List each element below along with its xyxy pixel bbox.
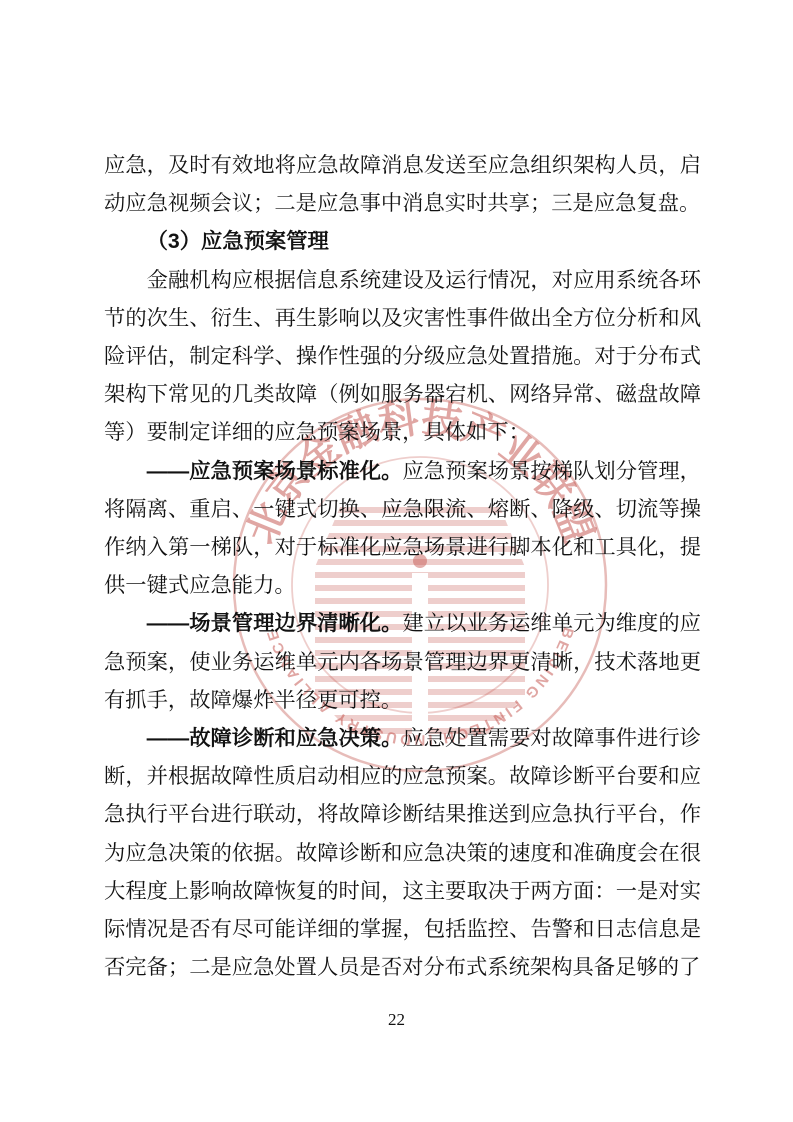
paragraph: ——应急预案场景标准化。应急预案场景按梯队划分管理，将隔离、重启、一键式切换、应… xyxy=(104,452,701,605)
bold-text-run: ——应急预案场景标准化。 xyxy=(147,459,403,483)
page-number: 22 xyxy=(0,1010,793,1030)
bold-text-run: ——场景管理边界清晰化。 xyxy=(147,611,403,635)
paragraph: ——场景管理边界清晰化。建立以业务运维单元为维度的应急预案，使业务运维单元内各场… xyxy=(104,604,701,719)
paragraph: 金融机构应根据信息系统建设及运行情况，对应用系统各环节的次生、衍生、再生影响以及… xyxy=(104,261,701,452)
paragraph: （3）应急预案管理 xyxy=(104,222,701,260)
text-run: 应急，及时有效地将应急故障消息发送至应急组织架构人员，启动应急视频会议；二是应急… xyxy=(104,153,701,215)
text-run: 金融机构应根据信息系统建设及运行情况，对应用系统各环节的次生、衍生、再生影响以及… xyxy=(104,268,701,445)
bold-text-run: （3）应急预案管理 xyxy=(147,229,329,253)
body-text: 应急，及时有效地将应急故障消息发送至应急组织架构人员，启动应急视频会议；二是应急… xyxy=(104,146,701,986)
paragraph: 应急，及时有效地将应急故障消息发送至应急组织架构人员，启动应急视频会议；二是应急… xyxy=(104,146,701,222)
paragraph: ——故障诊断和应急决策。应急处置需要对故障事件进行诊断，并根据故障性质启动相应的… xyxy=(104,719,701,986)
text-run: 应急处置需要对故障事件进行诊断，并根据故障性质启动相应的应急预案。故障诊断平台要… xyxy=(104,726,701,979)
bold-text-run: ——故障诊断和应急决策。 xyxy=(147,726,403,750)
document-page: 北京金融科技产业联盟 BEIJING FINTECH INDUSTRY ALLI… xyxy=(0,0,793,1122)
